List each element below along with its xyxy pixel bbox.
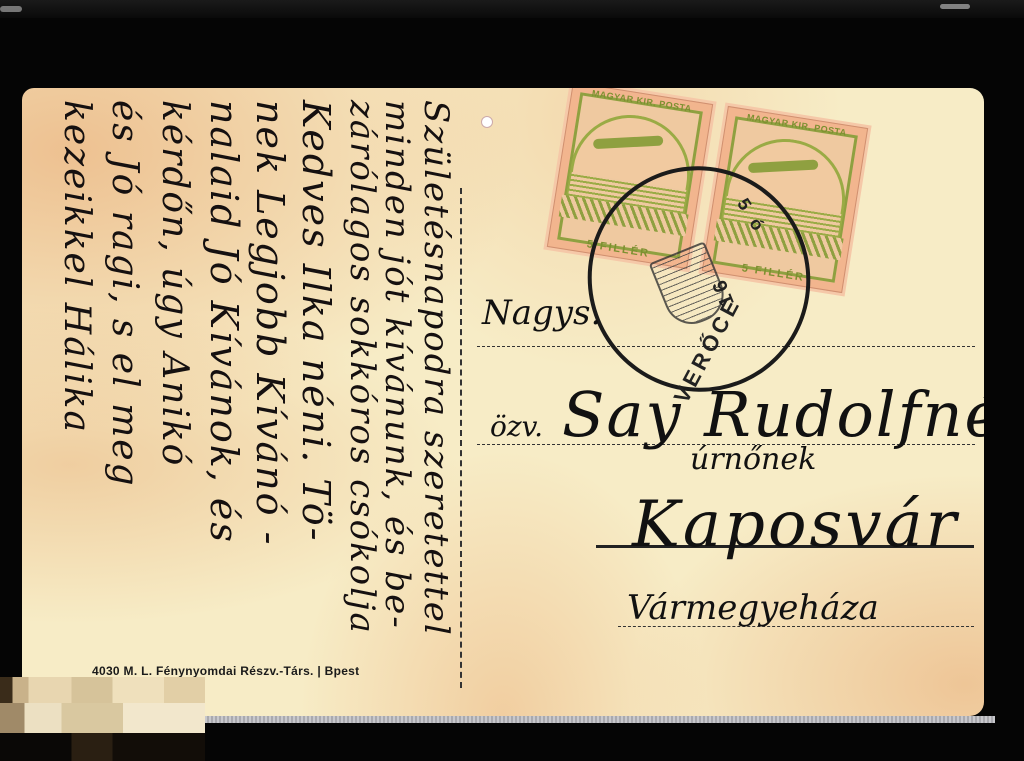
recipient-name: Say Rudolfné: [562, 378, 984, 451]
message-line: kérdőn, úgy Anikó: [154, 100, 195, 467]
handwritten-message: Születésnapodra szeretettel minden jót k…: [42, 100, 462, 690]
message-line: és Jó ragi, s el meg: [104, 100, 145, 488]
postmark-time: 5 ó: [732, 195, 770, 238]
message-line: zárólagos sokkóros csókolja: [342, 100, 382, 635]
destination-building: Vármegyeháza: [627, 588, 879, 628]
message-line: Kedves Ilka néni. Tö-: [294, 100, 338, 543]
message-line: nalaid Jó Kívánok, és: [202, 100, 246, 544]
sleeve-glare: [0, 6, 22, 12]
message-line: minden jót kívánunk, és be-: [377, 100, 417, 630]
address-salutation: Nagys.: [482, 293, 601, 333]
sleeve-bottom-edge: [205, 716, 995, 723]
message-line: nek Legjobb Kívánó -: [248, 100, 292, 546]
pin-hole: [481, 116, 493, 128]
center-divider: [460, 188, 462, 688]
postcard: Születésnapodra szeretettel minden jót k…: [22, 88, 984, 716]
message-line: Születésnapodra szeretettel: [416, 100, 456, 637]
message-line: kezeikkel Hálika: [56, 100, 97, 434]
address-prefix: özv.: [490, 410, 543, 443]
sleeve-glare: [940, 4, 970, 9]
printer-imprint: 4030 M. L. Fénynyomdai Részv.-Társ. | Bp…: [92, 664, 359, 678]
sleeve-top-edge: [0, 0, 1024, 18]
pixelated-watermark: [0, 677, 205, 761]
recipient-title: úrnőnek: [690, 442, 816, 477]
destination-city: Kaposvár: [632, 488, 959, 562]
